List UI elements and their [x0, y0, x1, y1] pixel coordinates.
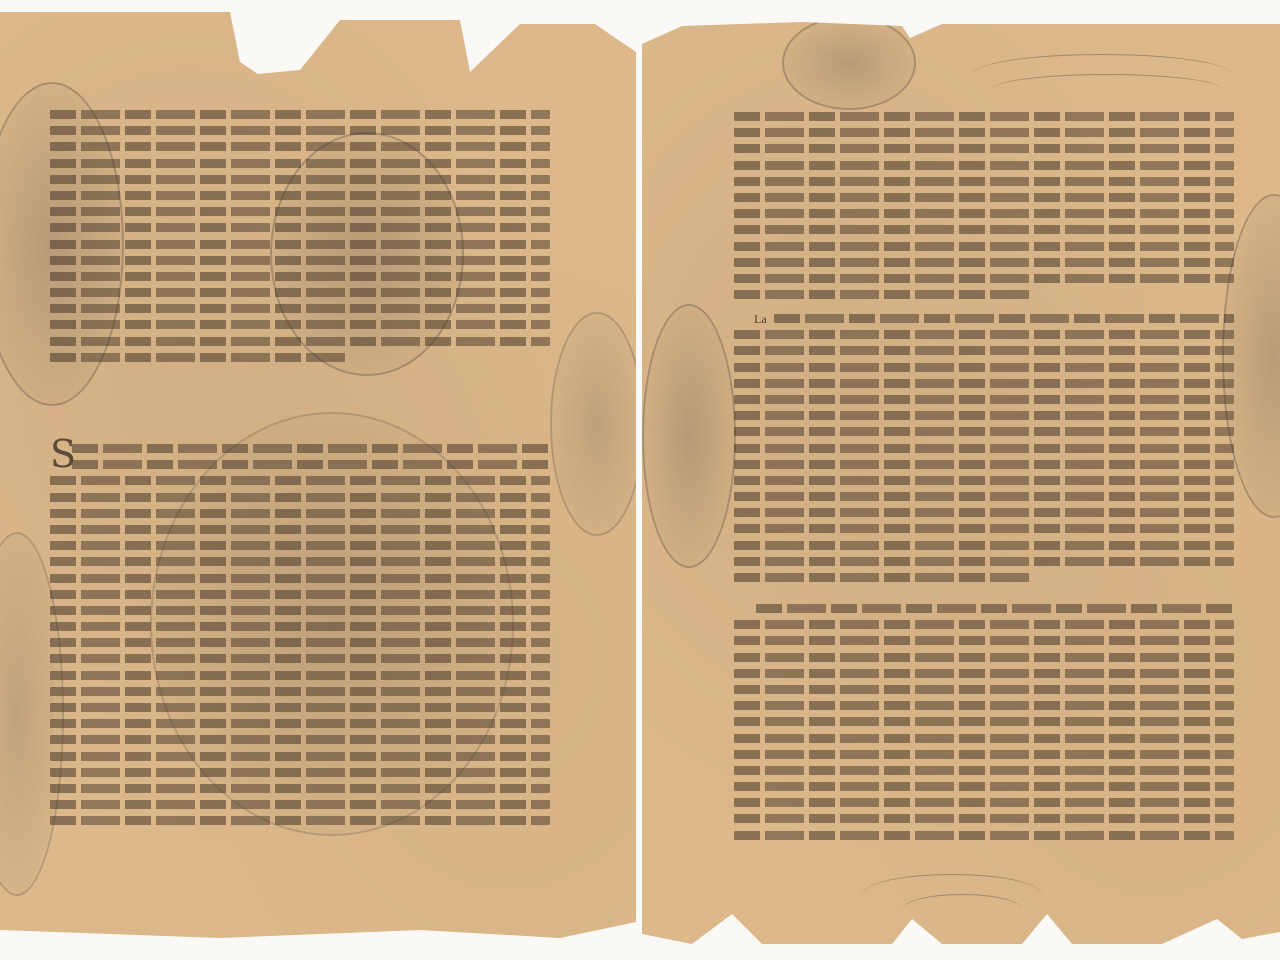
right-top-head-sketch	[782, 16, 916, 110]
right-top-scribble-2	[992, 74, 1222, 105]
gutter-face-left-sketch	[550, 312, 644, 536]
left-book-page: S	[0, 12, 636, 938]
left-lower-text	[50, 444, 550, 833]
right-bottom-scribble-2	[902, 894, 1022, 925]
gutter-face-right-sketch	[642, 304, 736, 568]
right-second-paragraph	[734, 314, 1234, 589]
left-upper-text	[50, 110, 550, 369]
right-book-page: La	[642, 14, 1280, 944]
right-third-paragraph	[734, 604, 1234, 847]
right-first-paragraph	[734, 112, 1234, 306]
